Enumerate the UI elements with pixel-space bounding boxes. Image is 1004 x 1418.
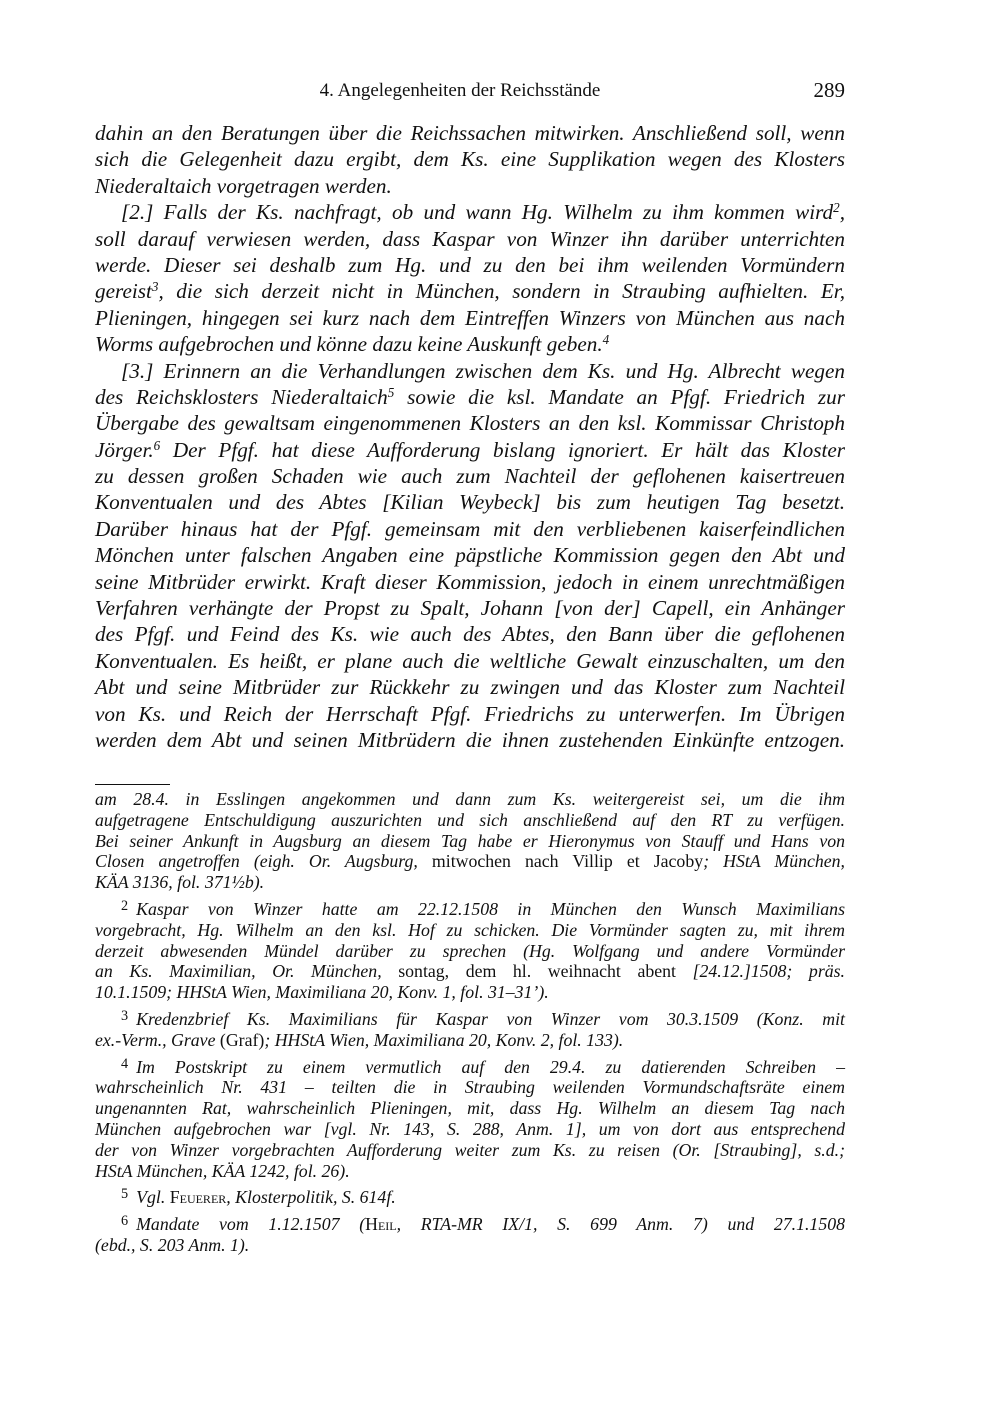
footnote-line: München aufgebrochen war [vgl. Nr. 143, …: [95, 1119, 845, 1140]
paragraph-2-start: [2.] Falls der Ks. nachfragt, ob und wan…: [95, 199, 845, 225]
footnote-line: wahrscheinlich Nr. 431 – teilten die in …: [95, 1077, 845, 1098]
footnote-line: der von Winzer vorgebrachten Aufforderun…: [95, 1140, 845, 1161]
footnote-line: 6Mandate vom 1.12.1507 (Heil, RTA-MR IX/…: [95, 1214, 845, 1235]
text-line: Konventualen und des Abtes [Kilian Weybe…: [95, 489, 845, 515]
footnote-line: vorgebracht, Hg. Wilhelm an den ksl. Hof…: [95, 920, 845, 941]
footnote-number: 2: [121, 898, 128, 914]
page-number: 289: [814, 78, 846, 103]
text-line: soll darauf verwiesen werden, dass Kaspa…: [95, 226, 845, 252]
footnotes: am 28.4. in Esslingen angekommen und dan…: [95, 789, 845, 1256]
footnote-line: ungenannten Rat, wahrscheinlich Pliening…: [95, 1098, 845, 1119]
footnote-line: HStA München, KÄA 1242, fol. 26).: [95, 1161, 845, 1182]
text-line: Plieningen, hingegen sei kurz nach dem E…: [95, 305, 845, 331]
main-text: dahin an den Beratungen über die Reichss…: [95, 120, 845, 753]
footnote-line: am 28.4. in Esslingen angekommen und dan…: [95, 789, 845, 810]
text-line: Niederaltaich vorgetragen werden.: [95, 173, 845, 199]
footnote-5: 5Vgl. Feuerer, Klosterpolitik, S. 614f.: [95, 1187, 845, 1208]
text-line: des Reichsklosters Niederaltaich5 sowie …: [95, 384, 845, 410]
page-header: 4. Angelegenheiten der Reichsstände 289: [95, 80, 845, 106]
footnote-2: 2Kaspar von Winzer hatte am 22.12.1508 i…: [95, 899, 845, 1003]
footnote-number: 6: [121, 1213, 128, 1229]
text-line: des Pfgf. und Feind des Ks. wie auch des…: [95, 621, 845, 647]
text-line: Übergabe des gewaltsam eingenommenen Klo…: [95, 410, 845, 436]
text-line: werde. Dieser sei deshalb zum Hg. und zu…: [95, 252, 845, 278]
text-line: von Ks. und Reich der Herrschaft Pfgf. F…: [95, 701, 845, 727]
footnote-3: 3Kredenzbrief Ks. Maximilians für Kaspar…: [95, 1009, 845, 1051]
footnote-divider: [95, 784, 170, 785]
text-line: dahin an den Beratungen über die Reichss…: [95, 120, 845, 146]
footnote-line: Bei seiner Ankunft in Augsburg an diesem…: [95, 831, 845, 852]
text-line: gereist3, die sich derzeit nicht in Münc…: [95, 278, 845, 304]
footnote-line: Closen angetroffen (eigh. Or. Augsburg, …: [95, 851, 845, 872]
footnote-line: 5Vgl. Feuerer, Klosterpolitik, S. 614f.: [95, 1187, 845, 1208]
text-line: Jörger.6 Der Pfgf. hat diese Aufforderun…: [95, 437, 845, 463]
paragraph-3-start: [3.] Erinnern an die Verhandlungen zwisc…: [95, 358, 845, 384]
footnote-number: 5: [121, 1186, 128, 1202]
text-line: Verfahren verhängte der Propst zu Spalt,…: [95, 595, 845, 621]
footnote-line: derzeit abwesenden Mündel darüber zu spr…: [95, 941, 845, 962]
footnote-line: KÄA 3136, fol. 371½b).: [95, 872, 845, 893]
text-line: sich die Gelegenheit dazu ergibt, dem Ks…: [95, 146, 845, 172]
footnote-continuation: am 28.4. in Esslingen angekommen und dan…: [95, 789, 845, 893]
text-line: Konventualen. Es heißt, er plane auch di…: [95, 648, 845, 674]
footnote-4: 4Im Postskript zu einem vermutlich auf d…: [95, 1057, 845, 1182]
text-line: Worms aufgebrochen und könne dazu keine …: [95, 331, 845, 357]
text-line: Mönchen unter falschen Angaben eine päps…: [95, 542, 845, 568]
footnote-number: 3: [121, 1008, 128, 1024]
footnote-line: 2Kaspar von Winzer hatte am 22.12.1508 i…: [95, 899, 845, 920]
footnote-line: 4Im Postskript zu einem vermutlich auf d…: [95, 1057, 845, 1078]
text-line: seine Mitbrüder erwirkt. Kraft dieser Ko…: [95, 569, 845, 595]
footnote-ref-4[interactable]: 4: [603, 332, 610, 347]
text-line: werden dem Abt und seinen Mitbrüdern die…: [95, 727, 845, 753]
footnote-line: (ebd., S. 203 Anm. 1).: [95, 1235, 845, 1256]
footnote-line: 10.1.1509; HHStA Wien, Maximiliana 20, K…: [95, 982, 845, 1003]
text-line: Darüber hinaus hat der Pfgf. gemeinsam m…: [95, 516, 845, 542]
footnote-line: aufgetragene Entschuldigung auszurichten…: [95, 810, 845, 831]
footnote-line: an Ks. Maximilian, Or. München, sontag, …: [95, 961, 845, 982]
text-line: zu dessen großen Schaden wie auch zum Na…: [95, 463, 845, 489]
footnote-line: 3Kredenzbrief Ks. Maximilians für Kaspar…: [95, 1009, 845, 1030]
footnote-number: 4: [121, 1056, 128, 1072]
running-head: 4. Angelegenheiten der Reichsstände: [95, 80, 845, 102]
text-line: Abt und seine Mitbrüder zur Rückkehr zu …: [95, 674, 845, 700]
footnote-6: 6Mandate vom 1.12.1507 (Heil, RTA-MR IX/…: [95, 1214, 845, 1256]
running-head-text: 4. Angelegenheiten der Reichsstände: [320, 80, 601, 101]
footnote-line: ex.-Verm., Grave (Graf); HHStA Wien, Max…: [95, 1030, 845, 1051]
